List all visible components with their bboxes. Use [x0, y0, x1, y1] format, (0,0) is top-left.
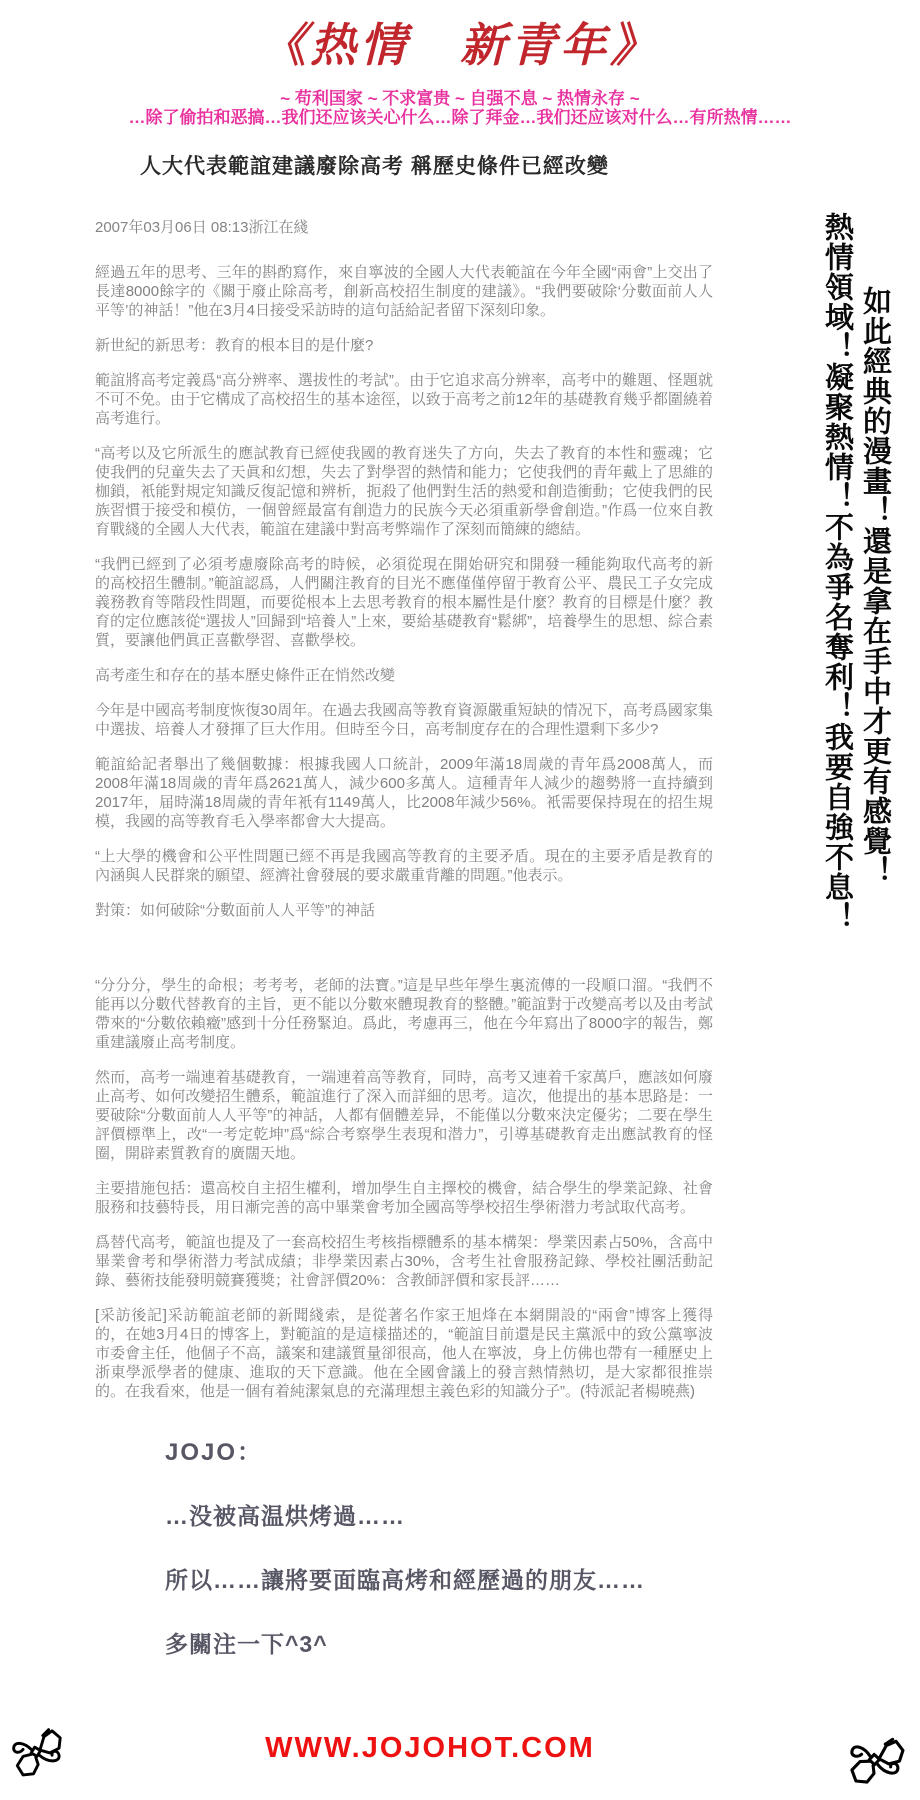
- slogan-line-2: …除了偷拍和恶搞…我们还应该关心什么…除了拜金…我们还应该对什么…有所热情……: [25, 109, 895, 127]
- article-body: 經過五年的思考、三年的斟酌寫作，來自寧波的全國人大代表範誼在今年全國“兩會”上交…: [95, 263, 713, 1401]
- article-paragraph: 範誼給記者舉出了幾個數據：根據我國人口統計，2009年滿18周歲的青年爲2008…: [95, 755, 713, 831]
- article-title: 人大代表範誼建議廢除高考 稱歷史條件已經改變: [140, 150, 713, 180]
- page-header: 《热情 新青年》 ~ 苟利国家 ~ 不求富贵 ~ 自强不息 ~ 热情永存 ~ ……: [25, 0, 895, 127]
- article-paragraph: 主要措施包括：還高校自主招生權利，增加學生自主擇校的機會，結合學生的學業記錄、社…: [95, 1179, 713, 1217]
- vertical-slogan-right-column: 如此經典的漫畫！還是拿在手中才更有感覺！: [856, 212, 893, 1012]
- article-paragraph: “上大學的機會和公平性問題已經不再是我國高等教育的主要矛盾。現在的主要矛盾是教育…: [95, 847, 713, 885]
- jojo-note: JOJO： …没被高温烘烤過…… 所以……讓將要面臨高烤和經歷過的朋友…… 多關…: [165, 1432, 765, 1659]
- article-paragraph: 今年是中國高考制度恢復30周年。在過去我國高等教育資源嚴重短缺的情况下，高考爲國…: [95, 701, 713, 739]
- article-paragraph: 然而，高考一端連着基礎教育，一端連着高等教育，同時，高考又連着千家萬戶，應該如何…: [95, 1068, 713, 1163]
- jojo-note-line: …没被高温烘烤過……: [165, 1498, 765, 1531]
- article-paragraph: “高考以及它所派生的應試教育已經使我國的教育迷失了方向，失去了教育的本性和靈魂；…: [95, 444, 713, 539]
- article-postscript: [采訪後記]采訪範誼老師的新聞綫索，是從著名作家王旭烽在本網開設的“兩會”博客上…: [95, 1306, 713, 1401]
- article-subheading: 對策：如何破除“分數面前人人平等”的神話: [95, 901, 713, 920]
- site-url[interactable]: WWW.JOJOHOT.COM: [0, 1732, 860, 1765]
- jojo-note-line: 所以……讓將要面臨高烤和經歷過的朋友……: [165, 1562, 765, 1595]
- article-paragraph: 經過五年的思考、三年的斟酌寫作，來自寧波的全國人大代表範誼在今年全國“兩會”上交…: [95, 263, 713, 320]
- slogan-line-1: ~ 苟利国家 ~ 不求富贵 ~ 自强不息 ~ 热情永存 ~: [25, 90, 895, 108]
- news-article: 人大代表範誼建議廢除高考 稱歷史條件已經改變 2007年03月06日 08:13…: [95, 150, 713, 1417]
- article-paragraph: 範誼將高考定義爲“高分辨率、選拔性的考試”。由于它追求高分辨率，高考中的難題、怪…: [95, 371, 713, 428]
- pinwheel-doodle-icon: [837, 1710, 915, 1800]
- article-dateline: 2007年03月06日 08:13浙江在綫: [95, 216, 713, 237]
- pinwheel-doodle-icon: [8, 1710, 66, 1790]
- article-paragraph: 新世紀的新思考：教育的根本目的是什麼?: [95, 336, 713, 355]
- article-paragraph: “我們已經到了必須考慮廢除高考的時候，必須從現在開始研究和開發一種能夠取代高考的…: [95, 555, 713, 650]
- vertical-slogan-left-column: 熱情領域！凝聚熱情！不為爭名奪利！我要自強不息！: [818, 212, 855, 1012]
- article-subheading: 高考產生和存在的基本歷史條件正在悄然改變: [95, 666, 713, 685]
- jojo-salutation: JOJO：: [165, 1432, 765, 1467]
- page-title: 《热情 新青年》: [25, 14, 895, 76]
- jojo-note-line: 多關注一下^3^: [165, 1626, 765, 1659]
- article-paragraph: 爲替代高考，範誼也提及了一套高校招生考核指標體系的基本構架：學業因素占50%，含…: [95, 1233, 713, 1290]
- article-paragraph: “分分分，學生的命根；考考考，老師的法寶。”這是早些年學生裏流傳的一段順口溜。“…: [95, 976, 713, 1052]
- vertical-slogan-banner: 如此經典的漫畫！還是拿在手中才更有感覺！ 熱情領域！凝聚熱情！不為爭名奪利！我要…: [817, 212, 894, 1012]
